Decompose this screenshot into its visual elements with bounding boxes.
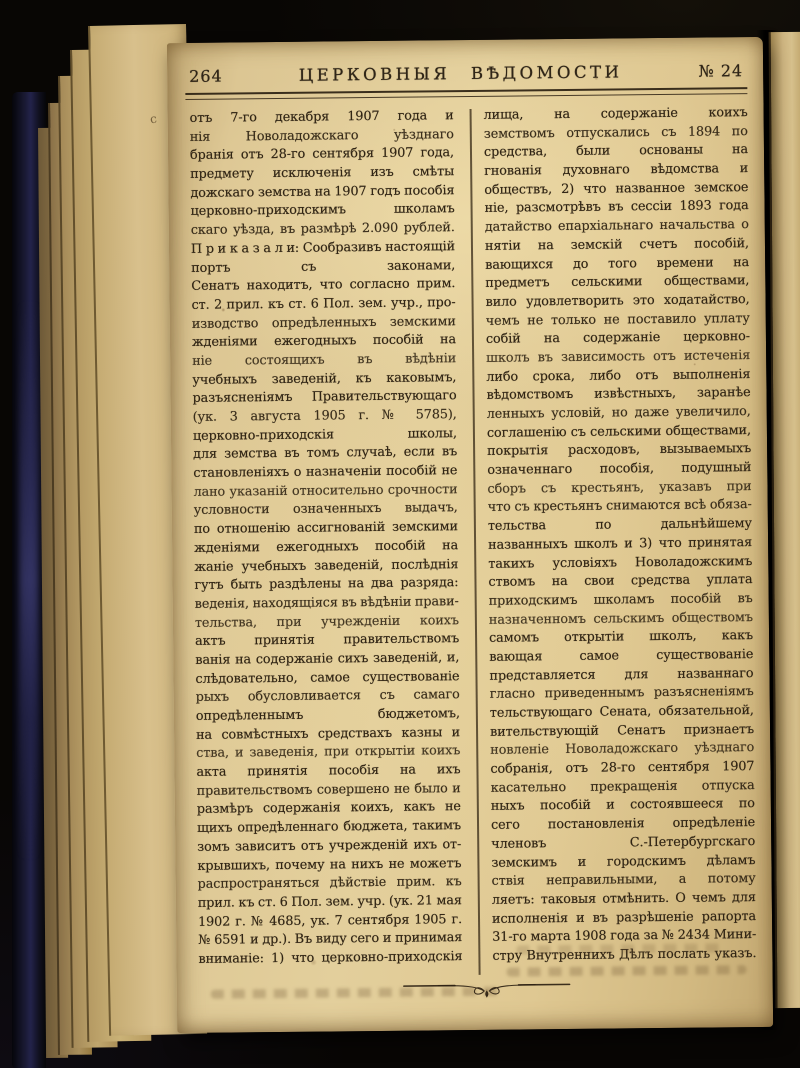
text-columns: отъ 7-го декабря 1907 года и постановле-… bbox=[190, 104, 757, 969]
text-line: касательно прекращенія отпуска означен- bbox=[491, 777, 755, 798]
text-line: новленіе Новоладожскаго уѣзднаго земскаг… bbox=[490, 739, 754, 760]
tailpiece-flourish-ornament bbox=[401, 975, 573, 1001]
publication-title: ЦЕРКОВНЫЯ ВѢДОМОСТИ bbox=[299, 62, 623, 84]
text-line: тельства, при учрежденіи коихъ состоялся bbox=[195, 612, 459, 633]
text-line: предмету исключенія изъ смѣты Новола- bbox=[190, 163, 454, 184]
text-line: жденіями ежегодныхъ пособій на содер- bbox=[194, 537, 458, 558]
masthead: 264 ЦЕРКОВНЫЯ ВѢДОМОСТИ № 24 bbox=[189, 61, 743, 86]
text-line: условности означенныхъ выдачъ, причемъ bbox=[194, 500, 458, 521]
text-line: школъ въ зависимость отъ истеченія каког… bbox=[486, 347, 750, 368]
text-line: (ук. 3 августа 1905 г. № 5785), относятс… bbox=[193, 406, 457, 427]
text-line: изводство опредѣленныхъ земскими учре- bbox=[192, 313, 456, 334]
text-line: названныхъ школъ и 3) что принятая при bbox=[488, 534, 752, 555]
text-line: земствомъ отпускались съ 1894 по 1907 г. bbox=[484, 123, 748, 144]
text-line: П р и к а з а л и: Сообразивъ настоящій … bbox=[191, 238, 455, 259]
text-line: правительствомъ совершено не было и bbox=[197, 780, 461, 801]
text-line: ляетъ: таковыя отмѣнить. О чемъ для bbox=[492, 889, 756, 910]
text-line: тельства по дальнѣйшему субсидированію bbox=[488, 515, 752, 536]
text-line: распространяться дѣйствіе прим. къ ст. 2 bbox=[198, 873, 462, 894]
text-line: членовъ С.-Петербургскаго губернскаго по bbox=[491, 833, 755, 854]
text-line: щихъ опредѣленнаго бюджета, такимъ обра- bbox=[197, 817, 461, 838]
text-line: рыхъ обусловливается съ самаго начала bbox=[196, 686, 460, 707]
text-line: ванія на содержаніе сихъ заведеній, и, bbox=[195, 649, 459, 670]
issue-number: № 24 bbox=[698, 61, 743, 80]
text-line: назначенномъ сельскимъ обществомъ при bbox=[489, 609, 753, 630]
text-line: опредѣленнымъ бюджетомъ, основаннымъ bbox=[196, 705, 460, 726]
text-line: зомъ зависитъ отъ учрежденій ихъ от- bbox=[197, 836, 461, 857]
right-column: лища, на содержаніе коихъ Новоладожскимъ… bbox=[484, 104, 757, 966]
text-line: что съ крестьянъ снимаются всѣ обяза- bbox=[488, 496, 752, 517]
text-line: по отношенію ассигнованій земскими учре- bbox=[194, 518, 458, 539]
text-line: гнованія духовнаго вѣдомства и сельскихъ bbox=[484, 160, 748, 181]
text-line: ства, и заведенія, при открытіи коихъ bbox=[196, 742, 460, 763]
text-line: нія Новоладожскаго уѣзднаго земскаго со- bbox=[190, 126, 454, 147]
text-line: вающая самое существованіе послѣднихъ, bbox=[489, 646, 753, 667]
text-line: гласно приведеннымъ разъясненіямъ Прави- bbox=[490, 683, 754, 704]
text-line: датайство епархіальнаго начальства о при… bbox=[485, 216, 749, 237]
text-line: тельствующаго Сената, обязательной, Пра- bbox=[490, 702, 754, 723]
text-line: ленныхъ условій, но даже увеличило, по bbox=[487, 403, 751, 424]
text-line: прил. къ ст. 6 Пол. зем. учр. (ук. 21 ма… bbox=[198, 892, 462, 913]
book-photo-scene: с 264 ЦЕРКОВНЫЯ ВѢДОМОСТИ № 24 отъ 7-го … bbox=[0, 0, 800, 1068]
text-line: стру Внутреннихъ Дѣлъ послать указъ. bbox=[492, 945, 756, 966]
left-column: отъ 7-го декабря 1907 года и постановле-… bbox=[190, 107, 463, 969]
text-line: нятіи на земскій счетъ пособій, уплачи- bbox=[485, 235, 749, 256]
spine-highlight bbox=[20, 300, 38, 860]
text-line: ніе состоящихъ въ вѣдѣніи правительства bbox=[192, 350, 456, 371]
text-line: ствія неправильными, а потому опредѣ- bbox=[492, 870, 756, 891]
margin-stray-mark: с bbox=[149, 112, 158, 127]
text-line: вниманіе: 1) что церковно-приходскія учи… bbox=[198, 948, 462, 969]
text-line: сего постановленія опредѣленіе большинст… bbox=[491, 814, 755, 835]
text-line: чемъ не только не поставило уплату по- bbox=[486, 310, 750, 331]
text-line: скаго уѣзда, въ размѣрѣ 2.090 рублей. bbox=[191, 219, 455, 240]
header-double-rule bbox=[185, 87, 747, 100]
scanned-page: 264 ЦЕРКОВНЫЯ ВѢДОМОСТИ № 24 отъ 7-го де… bbox=[167, 37, 773, 1033]
page-number: 264 bbox=[189, 67, 223, 86]
